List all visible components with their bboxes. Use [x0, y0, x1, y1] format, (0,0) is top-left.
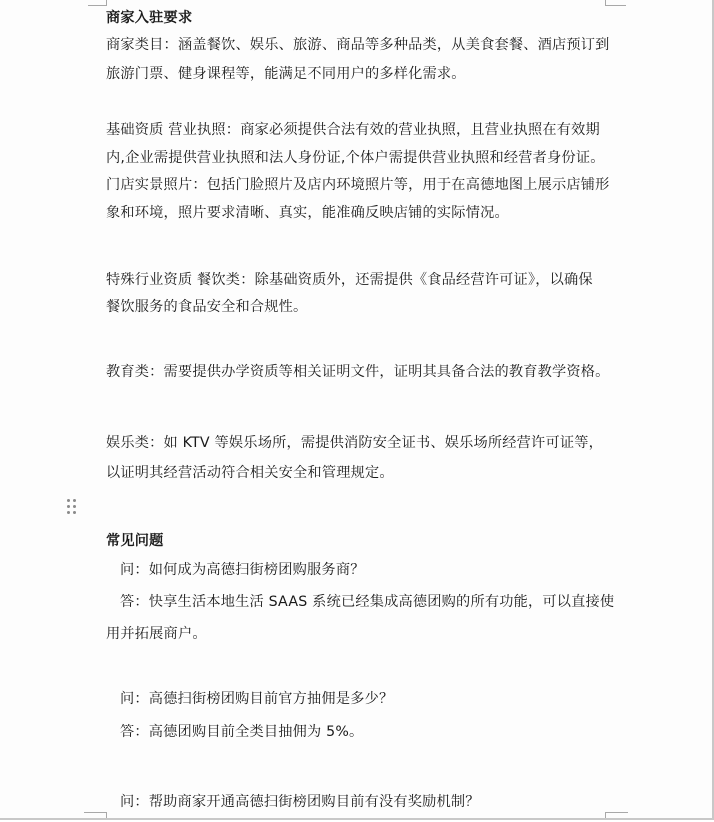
drag-dot — [67, 499, 70, 502]
faq-answer: 答：快享生活本地生活 SAAS 系统已经集成高德团购的所有功能，可以直接使 — [120, 592, 614, 612]
drag-dot — [73, 511, 76, 514]
drag-dot — [73, 499, 76, 502]
paragraph-line: 特殊行业资质 餐饮类：除基础资质外，还需提供《食品经营许可证》，以确保 — [106, 270, 593, 290]
paragraph-line: 娱乐类：如 KTV 等娱乐场所，需提供消防安全证书、娱乐场所经营许可证等， — [106, 433, 603, 453]
paragraph-line: 商家类目：涵盖餐饮、娱乐、旅游、商品等多种品类，从美食套餐、酒店预订到 — [106, 35, 610, 55]
paragraph-line: 象和环境，照片要求清晰、真实，能准确反映店铺的实际情况。 — [106, 203, 509, 223]
paragraph-line: 旅游门票、健身课程等，能满足不同用户的多样化需求。 — [106, 64, 466, 84]
drag-dot — [67, 511, 70, 514]
paragraph-line: 内,企业需提供营业执照和法人身份证,个体户需提供营业执照和经营者身份证。 — [106, 148, 605, 168]
faq-answer: 答：高德团购目前全类目抽佣为 5%。 — [120, 722, 363, 742]
crop-mark-top-right — [605, 0, 626, 6]
section-heading-merchant-requirements: 商家入驻要求 — [106, 8, 192, 28]
paragraph-drag-handle-icon[interactable] — [67, 499, 77, 517]
page-bottom-border — [0, 818, 714, 820]
crop-mark-top-left — [88, 0, 107, 6]
paragraph-line: 以证明其经营活动符合相关安全和管理规定。 — [106, 463, 394, 483]
paragraph-line: 基础资质 营业执照：商家必须提供合法有效的营业执照，且营业执照在有效期 — [106, 120, 600, 140]
paragraph-line: 餐饮服务的食品安全和合规性。 — [106, 297, 307, 317]
section-heading-faq: 常见问题 — [106, 531, 164, 551]
drag-dot — [67, 505, 70, 508]
document-page: 商家入驻要求 商家类目：涵盖餐饮、娱乐、旅游、商品等多种品类，从美食套餐、酒店预… — [0, 0, 714, 818]
faq-question: 问：如何成为高德扫街榜团购服务商？ — [120, 560, 365, 580]
faq-question: 问：帮助商家开通高德扫街榜团购目前有没有奖励机制？ — [120, 792, 480, 812]
drag-dot — [73, 505, 76, 508]
paragraph-line: 教育类：需要提供办学资质等相关证明文件，证明其具备合法的教育教学资格。 — [106, 362, 610, 382]
paragraph-line: 门店实景照片：包括门脸照片及店内环境照片等，用于在高德地图上展示店铺形 — [106, 175, 610, 195]
faq-answer: 用并拓展商户。 — [106, 624, 207, 644]
faq-question: 问：高德扫街榜团购目前官方抽佣是多少？ — [120, 689, 393, 709]
